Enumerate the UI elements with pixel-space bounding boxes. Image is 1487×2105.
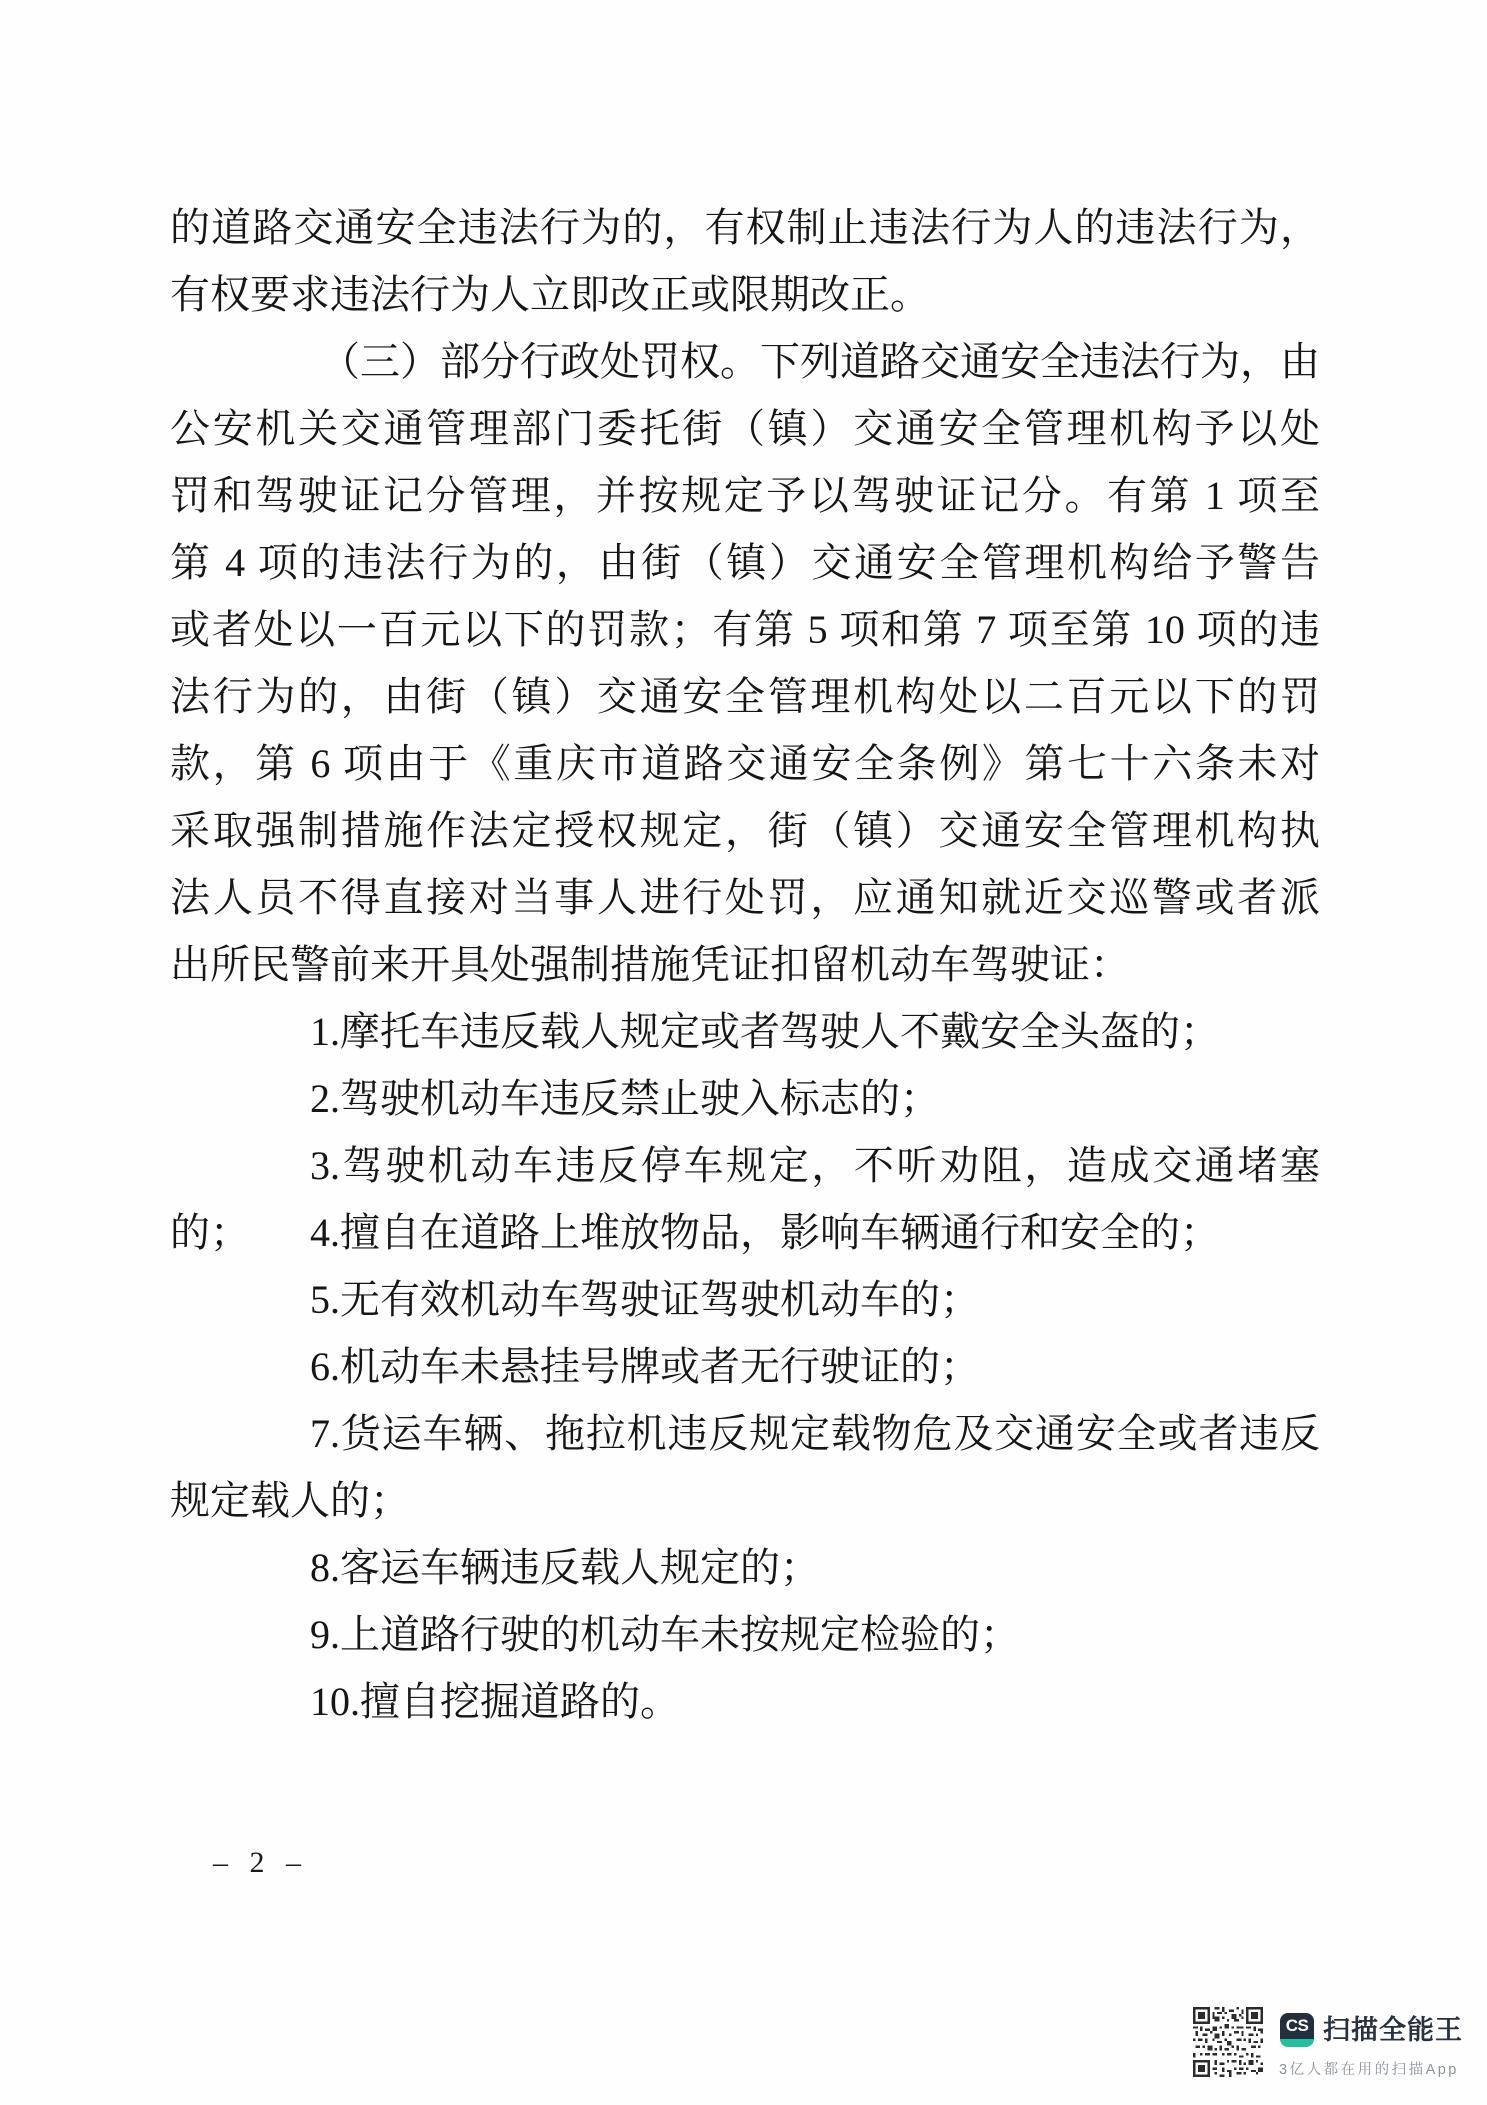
qr-code-image <box>1193 2007 1263 2077</box>
text-line: 法人员不得直接对当事人进行处罚，应通知就近交巡警或者派 <box>170 864 1320 931</box>
text-line: 出所民警前来开具处强制措施凭证扣留机动车驾驶证： <box>170 931 1320 998</box>
text-line: 法行为的，由街（镇）交通安全管理机构处以二百元以下的罚 <box>170 663 1320 730</box>
list-item: 7.货运车辆、拖拉机违反规定载物危及交通安全或者违反 <box>170 1400 1320 1467</box>
list-item: 10.擅自挖掘道路的。 <box>170 1668 1320 1735</box>
cs-logo-icon: CS <box>1280 2013 1314 2047</box>
list-item: 4.擅自在道路上堆放物品，影响车辆通行和安全的； <box>170 1199 1320 1266</box>
text-line: 罚和驾驶证记分管理，并按规定予以驾驶证记分。有第 1 项至 <box>170 462 1320 529</box>
text-line: 或者处以一百元以下的罚款；有第 5 项和第 7 项至第 10 项的违 <box>170 596 1320 663</box>
cs-logo-text: CS <box>1286 2013 1309 2039</box>
text-line: 款，第 6 项由于《重庆市道路交通安全条例》第七十六条未对 <box>170 730 1320 797</box>
list-item: 2.驾驶机动车违反禁止驶入标志的； <box>170 1065 1320 1132</box>
list-item: 5.无有效机动车驾驶证驾驶机动车的； <box>170 1266 1320 1333</box>
list-item: 8.客运车辆违反载人规定的； <box>170 1534 1320 1601</box>
text-line: 第 4 项的违法行为的，由街（镇）交通安全管理机构给予警告 <box>170 529 1320 596</box>
app-tagline: 3亿人都在用的扫描App <box>1279 2058 1459 2079</box>
list-item: 9.上道路行驶的机动车未按规定检验的； <box>170 1601 1320 1668</box>
list-item: 1.摩托车违反载人规定或者驾驶人不戴安全头盔的； <box>170 998 1320 1065</box>
text-line: （三）部分行政处罚权。下列道路交通安全违法行为，由 <box>170 328 1320 395</box>
text-line: 公安机关交通管理部门委托街（镇）交通安全管理机构予以处 <box>170 395 1320 462</box>
document-body: 的道路交通安全违法行为的，有权制止违法行为人的违法行为， 有权要求违法行为人立即… <box>170 194 1320 1735</box>
text-line: 采取强制措施作法定授权规定，街（镇）交通安全管理机构执 <box>170 797 1320 864</box>
list-item: 6.机动车未悬挂号牌或者无行驶证的； <box>170 1333 1320 1400</box>
list-item-continuation: 规定载人的； <box>170 1467 1320 1534</box>
text-line: 有权要求违法行为人立即改正或限期改正。 <box>170 261 1320 328</box>
app-name: 扫描全能王 <box>1323 2013 1463 2047</box>
text-line: 的道路交通安全违法行为的，有权制止违法行为人的违法行为， <box>170 194 1320 261</box>
page-number: – 2 – <box>213 1846 308 1880</box>
scanned-page: 的道路交通安全违法行为的，有权制止违法行为人的违法行为， 有权要求违法行为人立即… <box>0 0 1487 2105</box>
list-item: 3.驾驶机动车违反停车规定，不听劝阻，造成交通堵塞的； <box>170 1132 1320 1199</box>
